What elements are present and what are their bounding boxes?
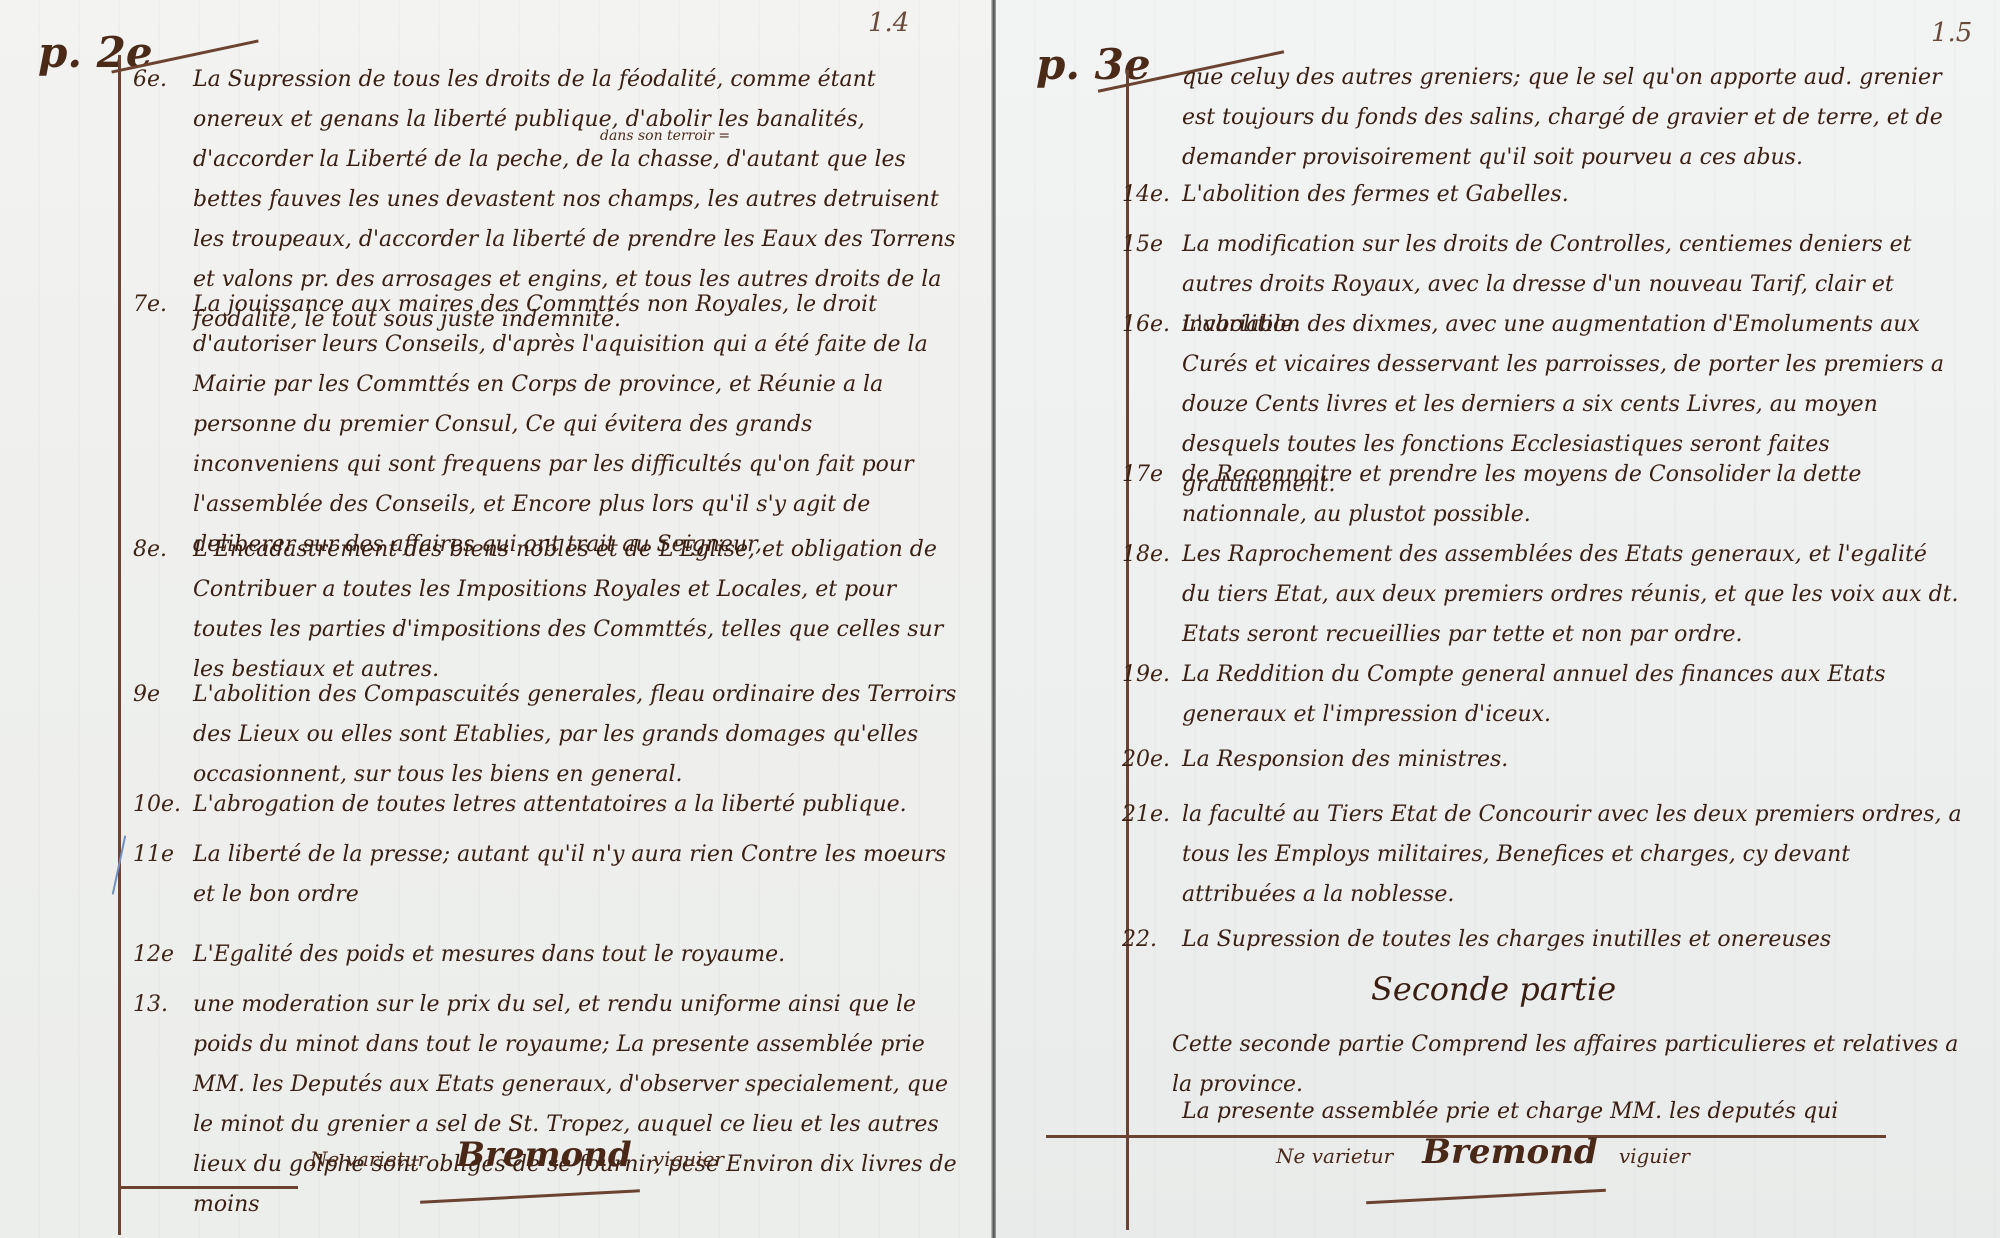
article-11: 11e La liberté de la presse; autant qu'i… bbox=[193, 835, 963, 915]
article-number: 10e. bbox=[133, 785, 181, 825]
article-18: 18e. Les Raprochement des assemblées des… bbox=[1182, 535, 1962, 655]
article-text: Les Raprochement des assemblées des Etat… bbox=[1182, 535, 1962, 655]
left-page: p. 2e 1.4 dans son terroir = 6e. La Supr… bbox=[0, 0, 993, 1238]
article-number: 18e. bbox=[1122, 535, 1170, 575]
article-text: de Reconnoitre et prendre les moyens de … bbox=[1182, 455, 1962, 535]
article-text: une moderation sur le prix du sel, et re… bbox=[193, 985, 963, 1225]
article-number: 7e. bbox=[133, 285, 167, 325]
article-17: 17e de Reconnoitre et prendre les moyens… bbox=[1182, 455, 1962, 535]
signature-flourish bbox=[1366, 1189, 1606, 1205]
article-number: 11e bbox=[133, 835, 174, 875]
article-text: La liberté de la presse; autant qu'il n'… bbox=[193, 835, 963, 915]
article-12: 12e L'Egalité des poids et mesures dans … bbox=[193, 935, 963, 975]
article-number: 14e. bbox=[1122, 175, 1170, 215]
article-number: 20e. bbox=[1122, 740, 1170, 780]
corner-mark: 1.5 bbox=[1931, 18, 1972, 48]
article-13: 13. une moderation sur le prix du sel, e… bbox=[193, 985, 963, 1225]
article-number: 19e. bbox=[1122, 655, 1170, 695]
article-13-continuation: que celuy des autres greniers; que le se… bbox=[1182, 58, 1962, 178]
article-text: La Responsion des ministres. bbox=[1182, 740, 1962, 780]
signature-block: Ne varietur Bremond viguier bbox=[1276, 1132, 1690, 1172]
section-title: Seconde partie bbox=[1371, 970, 1616, 1008]
article-number: 13. bbox=[133, 985, 168, 1025]
signature-role: viguier bbox=[653, 1147, 724, 1171]
article-text: L'abrogation de toutes letres attentatoi… bbox=[193, 785, 963, 825]
article-number: 6e. bbox=[133, 60, 167, 100]
signature-role: viguier bbox=[1619, 1144, 1690, 1168]
article-9: 9e L'abolition des Compascuités generale… bbox=[193, 675, 963, 795]
article-22: 22. La Supression de toutes les charges … bbox=[1182, 920, 1962, 960]
article-number: 17e bbox=[1122, 455, 1163, 495]
article-number: 16e. bbox=[1122, 305, 1170, 345]
section-body-2: La presente assemblée prie et charge MM.… bbox=[1182, 1092, 1962, 1132]
article-text: La Supression de toutes les charges inut… bbox=[1182, 920, 1962, 960]
signature-name: Bremond bbox=[456, 1135, 631, 1175]
article-text: La jouissance aux maires des Commttés no… bbox=[193, 285, 963, 565]
signature-name: Bremond bbox=[1422, 1132, 1597, 1172]
article-21: 21e. la faculté au Tiers Etat de Concour… bbox=[1182, 795, 1962, 915]
article-19: 19e. La Reddition du Compte general annu… bbox=[1182, 655, 1962, 735]
article-text: L'abolition des Compascuités generales, … bbox=[193, 675, 963, 795]
margin-bracket bbox=[118, 55, 121, 1235]
article-number: 21e. bbox=[1122, 795, 1170, 835]
ne-varietur-mark: Ne varietur bbox=[310, 1147, 427, 1171]
article-text: L'abolition des fermes et Gabelles. bbox=[1182, 175, 1962, 215]
article-number: 12e bbox=[133, 935, 174, 975]
article-14: 14e. L'abolition des fermes et Gabelles. bbox=[1182, 175, 1962, 215]
article-text: La Reddition du Compte general annuel de… bbox=[1182, 655, 1962, 735]
ne-varietur-mark: Ne varietur bbox=[1276, 1144, 1393, 1168]
article-number: 22. bbox=[1122, 920, 1157, 960]
article-text: L'Encadastrement des biens nobles et de … bbox=[193, 530, 963, 690]
manuscript-spread: p. 2e 1.4 dans son terroir = 6e. La Supr… bbox=[0, 0, 2000, 1238]
article-10: 10e. L'abrogation de toutes letres atten… bbox=[193, 785, 963, 825]
article-text: la faculté au Tiers Etat de Concourir av… bbox=[1182, 795, 1962, 915]
article-20: 20e. La Responsion des ministres. bbox=[1182, 740, 1962, 780]
corner-mark: 1.4 bbox=[868, 8, 909, 38]
article-text: que celuy des autres greniers; que le se… bbox=[1182, 58, 1962, 178]
article-number: 15e bbox=[1122, 225, 1163, 265]
right-page: p. 3e 1.5 que celuy des autres greniers;… bbox=[996, 0, 2000, 1238]
article-number: 8e. bbox=[133, 530, 167, 570]
article-7: 7e. La jouissance aux maires des Commtté… bbox=[193, 285, 963, 565]
article-8: 8e. L'Encadastrement des biens nobles et… bbox=[193, 530, 963, 690]
article-text: L'Egalité des poids et mesures dans tout… bbox=[193, 935, 963, 975]
article-number: 9e bbox=[133, 675, 160, 715]
section-paragraph: La presente assemblée prie et charge MM.… bbox=[1182, 1092, 1962, 1132]
signature-block: Ne varietur Bremond viguier bbox=[310, 1135, 724, 1175]
